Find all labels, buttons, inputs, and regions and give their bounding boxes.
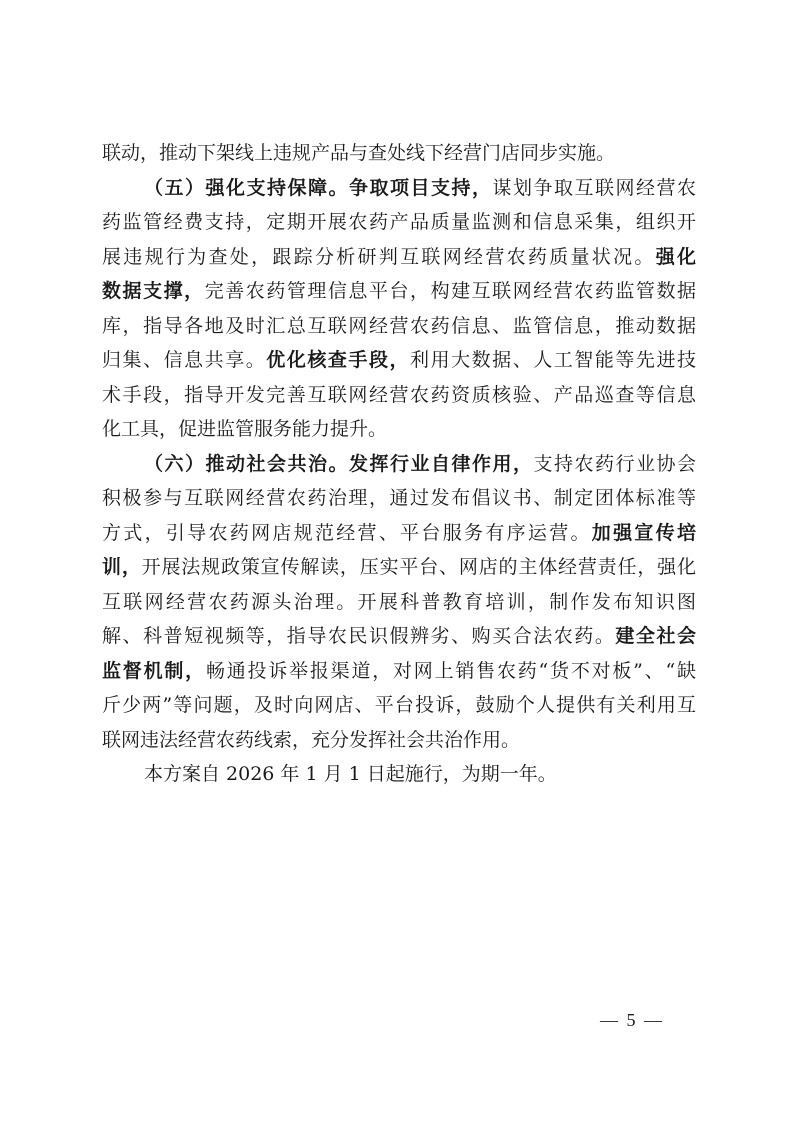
body-text-segment: 本方案自 2026 年 1 月 1 日起施行，为期一年。 — [144, 763, 557, 785]
bold-heading-text: 监督机制， — [102, 660, 206, 682]
text-line: 解、科普短视频等，指导农民识假辨劣、购买合法农药。建全社会 — [102, 619, 696, 654]
text-line: （五）强化支持保障。争取项目支持，谋划争取互联网经营农 — [102, 171, 696, 206]
body-text-segment: 完善农药管理信息平台，构建互联网经营农药监管数据 — [205, 280, 696, 302]
document-page: 联动，推动下架线上违规产品与查处线下经营门店同步实施。（五）强化支持保障。争取项… — [0, 0, 794, 1123]
body-text-segment: 术手段，指导开发完善互联网经营农药资质核验、产品巡查等信息 — [102, 384, 696, 406]
body-text-segment: 谋划争取互联网经营农 — [492, 177, 696, 199]
text-line: 训，开展法规政策宣传解读，压实平台、网店的主体经营责任，强化 — [102, 550, 696, 585]
text-line: 积极参与互联网经营农药治理，通过发布倡议书、制定团体标准等 — [102, 481, 696, 516]
body-text-segment: 库，指导各地及时汇总互联网经营农药信息、监管信息，推动数据 — [102, 315, 696, 337]
bold-heading-text: 训， — [102, 556, 142, 578]
text-line: 方式，引导农药网店规范经营、平台服务有序运营。加强宣传培 — [102, 516, 696, 551]
body-text-segment: 归集、信息共享。 — [102, 349, 266, 371]
body-text-segment: 解、科普短视频等，指导农民识假辨劣、购买合法农药。 — [102, 625, 615, 647]
text-line: 数据支撑，完善农药管理信息平台，构建互联网经营农药监管数据 — [102, 274, 696, 309]
body-text-segment: 互联网经营农药源头治理。开展科普教育培训，制作发布知识图 — [102, 591, 696, 613]
text-line: 本方案自 2026 年 1 月 1 日起施行，为期一年。 — [102, 757, 696, 792]
text-line: 展违规行为查处，跟踪分析研判互联网经营农药质量状况。强化 — [102, 240, 696, 275]
body-text: 联动，推动下架线上违规产品与查处线下经营门店同步实施。（五）强化支持保障。争取项… — [102, 136, 696, 792]
body-text-segment: 积极参与互联网经营农药治理，通过发布倡议书、制定团体标准等 — [102, 487, 696, 509]
text-line: 归集、信息共享。优化核查手段，利用大数据、人工智能等先进技 — [102, 343, 696, 378]
bold-heading-text: 优化核查手段， — [266, 349, 410, 371]
text-line: 化工具，促进监管服务能力提升。 — [102, 412, 696, 447]
page-number: — 5 — — [600, 1010, 664, 1031]
body-text-segment: 联网违法经营农药线索，充分发挥社会共治作用。 — [102, 729, 520, 751]
text-line: 互联网经营农药源头治理。开展科普教育培训，制作发布知识图 — [102, 585, 696, 620]
text-line: （六）推动社会共治。发挥行业自律作用，支持农药行业协会 — [102, 447, 696, 482]
text-line: 术手段，指导开发完善互联网经营农药资质核验、产品巡查等信息 — [102, 378, 696, 413]
bold-heading-text: 建全社会 — [615, 625, 696, 647]
body-text-segment: 畅通投诉举报渠道，对网上销售农药“货不对板”、“缺 — [206, 660, 696, 682]
body-text-segment: 方式，引导农药网店规范经营、平台服务有序运营。 — [102, 522, 592, 544]
body-text-segment: 联动，推动下架线上违规产品与查处线下经营门店同步实施。 — [102, 142, 615, 164]
bold-heading-text: 数据支撑， — [102, 280, 205, 302]
text-line: 监督机制，畅通投诉举报渠道，对网上销售农药“货不对板”、“缺 — [102, 654, 696, 689]
text-line: 斤少两”等问题，及时向网店、平台投诉，鼓励个人提供有关利用互 — [102, 688, 696, 723]
body-text-segment: 展违规行为查处，跟踪分析研判互联网经营农药质量状况。 — [102, 246, 656, 268]
bold-heading-text: 强化 — [656, 246, 696, 268]
body-text-segment: 利用大数据、人工智能等先进技 — [410, 349, 696, 371]
bold-heading-text: （六）推动社会共治。发挥行业自律作用， — [144, 453, 533, 475]
body-text-segment: 药监管经费支持，定期开展农药产品质量监测和信息采集，组织开 — [102, 211, 696, 233]
text-line: 联动，推动下架线上违规产品与查处线下经营门店同步实施。 — [102, 136, 696, 171]
body-text-segment: 斤少两”等问题，及时向网店、平台投诉，鼓励个人提供有关利用互 — [102, 694, 696, 716]
body-text-segment: 化工具，促进监管服务能力提升。 — [102, 418, 387, 440]
bold-heading-text: 加强宣传培 — [592, 522, 696, 544]
body-text-segment: 支持农药行业协会 — [533, 453, 696, 475]
body-text-segment: 开展法规政策宣传解读，压实平台、网店的主体经营责任，强化 — [142, 556, 696, 578]
bold-heading-text: （五）强化支持保障。争取项目支持， — [144, 177, 492, 199]
text-line: 库，指导各地及时汇总互联网经营农药信息、监管信息，推动数据 — [102, 309, 696, 344]
text-line: 药监管经费支持，定期开展农药产品质量监测和信息采集，组织开 — [102, 205, 696, 240]
text-line: 联网违法经营农药线索，充分发挥社会共治作用。 — [102, 723, 696, 758]
